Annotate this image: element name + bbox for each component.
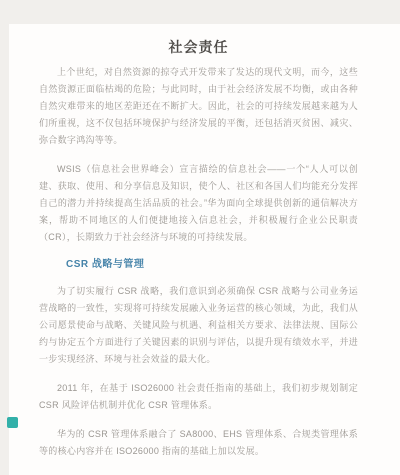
document-page: 社会责任 上个世纪，对自然资源的掠夺式开发带来了发达的现代文明，而今，这些自然资… (9, 24, 400, 475)
paragraph-csr-strategy-alignment: 为了切实履行 CSR 战略，我们意识到必须确保 CSR 战略与公司业务运营战略的… (39, 283, 358, 368)
paragraph-wsis-information-society: WSIS（信息社会世界峰会）宣言描绘的信息社会——一个“人人可以创建、获取、使用… (39, 161, 358, 246)
paragraph-csr-management-system: 华为的 CSR 管理体系融合了 SA8000、EHS 管理体系、合规类管理体系等… (39, 426, 358, 460)
teal-marker-icon[interactable] (7, 417, 18, 428)
paragraph-intro-sustainability: 上个世纪，对自然资源的掠夺式开发带来了发达的现代文明，而今，这些自然资源正面临枯… (39, 64, 358, 149)
paragraph-iso26000-plan: 2011 年，在基于 ISO26000 社会责任指南的基础上，我们初步规划制定 … (39, 380, 358, 414)
section-heading-csr-strategy: CSR 战略与管理 (66, 258, 358, 271)
document-canvas: 社会责任 上个世纪，对自然资源的掠夺式开发带来了发达的现代文明，而今，这些自然资… (0, 0, 400, 475)
page-title: 社会责任 (39, 37, 358, 57)
